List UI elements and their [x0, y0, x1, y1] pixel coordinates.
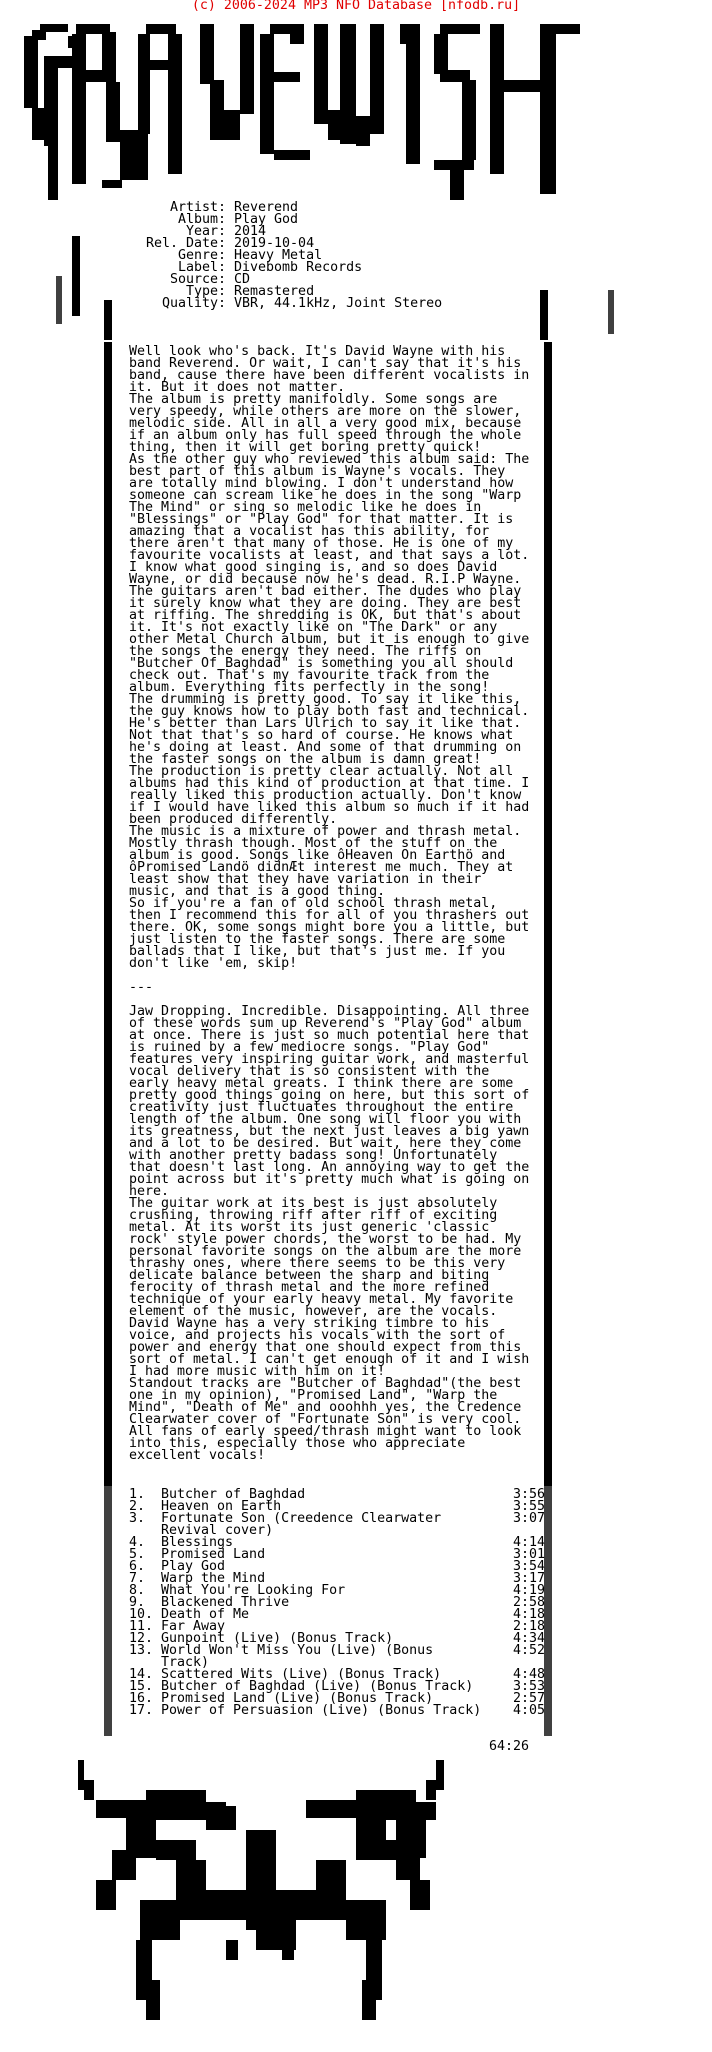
track-title: World Won't Miss You (Live) (Bonus [161, 1645, 505, 1657]
drip-left-dither [56, 276, 62, 324]
review-line [129, 970, 529, 982]
review-text: Well look who's back. It's David Wayne w… [129, 346, 529, 1462]
review-line: point across but it's pretty much what i… [129, 1174, 529, 1186]
track-row: 17.Power of Persuasion (Live) (Bonus Tra… [129, 1705, 545, 1717]
frame-left-border [104, 342, 112, 1486]
drip-right [540, 290, 548, 340]
info-row: Album:Play God [130, 214, 442, 226]
track-duration: 3:07 [505, 1513, 545, 1525]
info-value: VBR, 44.1kHz, Joint Stereo [226, 298, 442, 310]
frame-right-dither [544, 1486, 552, 1736]
spider-art [56, 1740, 576, 2040]
track-number: 17. [129, 1705, 161, 1717]
frame-left-dither [104, 1486, 112, 1736]
info-row: Quality:VBR, 44.1kHz, Joint Stereo [130, 298, 442, 310]
track-number: 13. [129, 1645, 161, 1657]
logo-art-icon [10, 20, 650, 200]
drip-left [72, 236, 80, 316]
info-colon: : [218, 298, 226, 310]
review-line: don't like 'em, skip! [129, 958, 529, 970]
gravewish-logo [10, 20, 650, 200]
copyright-line: (c) 2006-2024 MP3 NFO Database [nfodb.ru… [0, 0, 712, 12]
frame-right-border [544, 342, 552, 1486]
release-info: Artist:ReverendAlbum:Play GodYear:2014Re… [130, 202, 442, 310]
drip-right-dither [608, 290, 614, 334]
drip-left-2 [104, 300, 112, 340]
info-key: Quality [130, 298, 218, 310]
review-line: --- [129, 982, 529, 994]
review-line: excellent vocals! [129, 1450, 529, 1462]
track-number: 3. [129, 1513, 161, 1525]
track-duration: 4:52 [505, 1645, 545, 1657]
tracklist: 1.Butcher of Baghdad3:562.Heaven on Eart… [129, 1489, 545, 1717]
spider-art-icon [56, 1740, 576, 2040]
track-duration: 4:05 [505, 1705, 545, 1717]
track-title: Power of Persuasion (Live) (Bonus Track) [161, 1705, 505, 1717]
